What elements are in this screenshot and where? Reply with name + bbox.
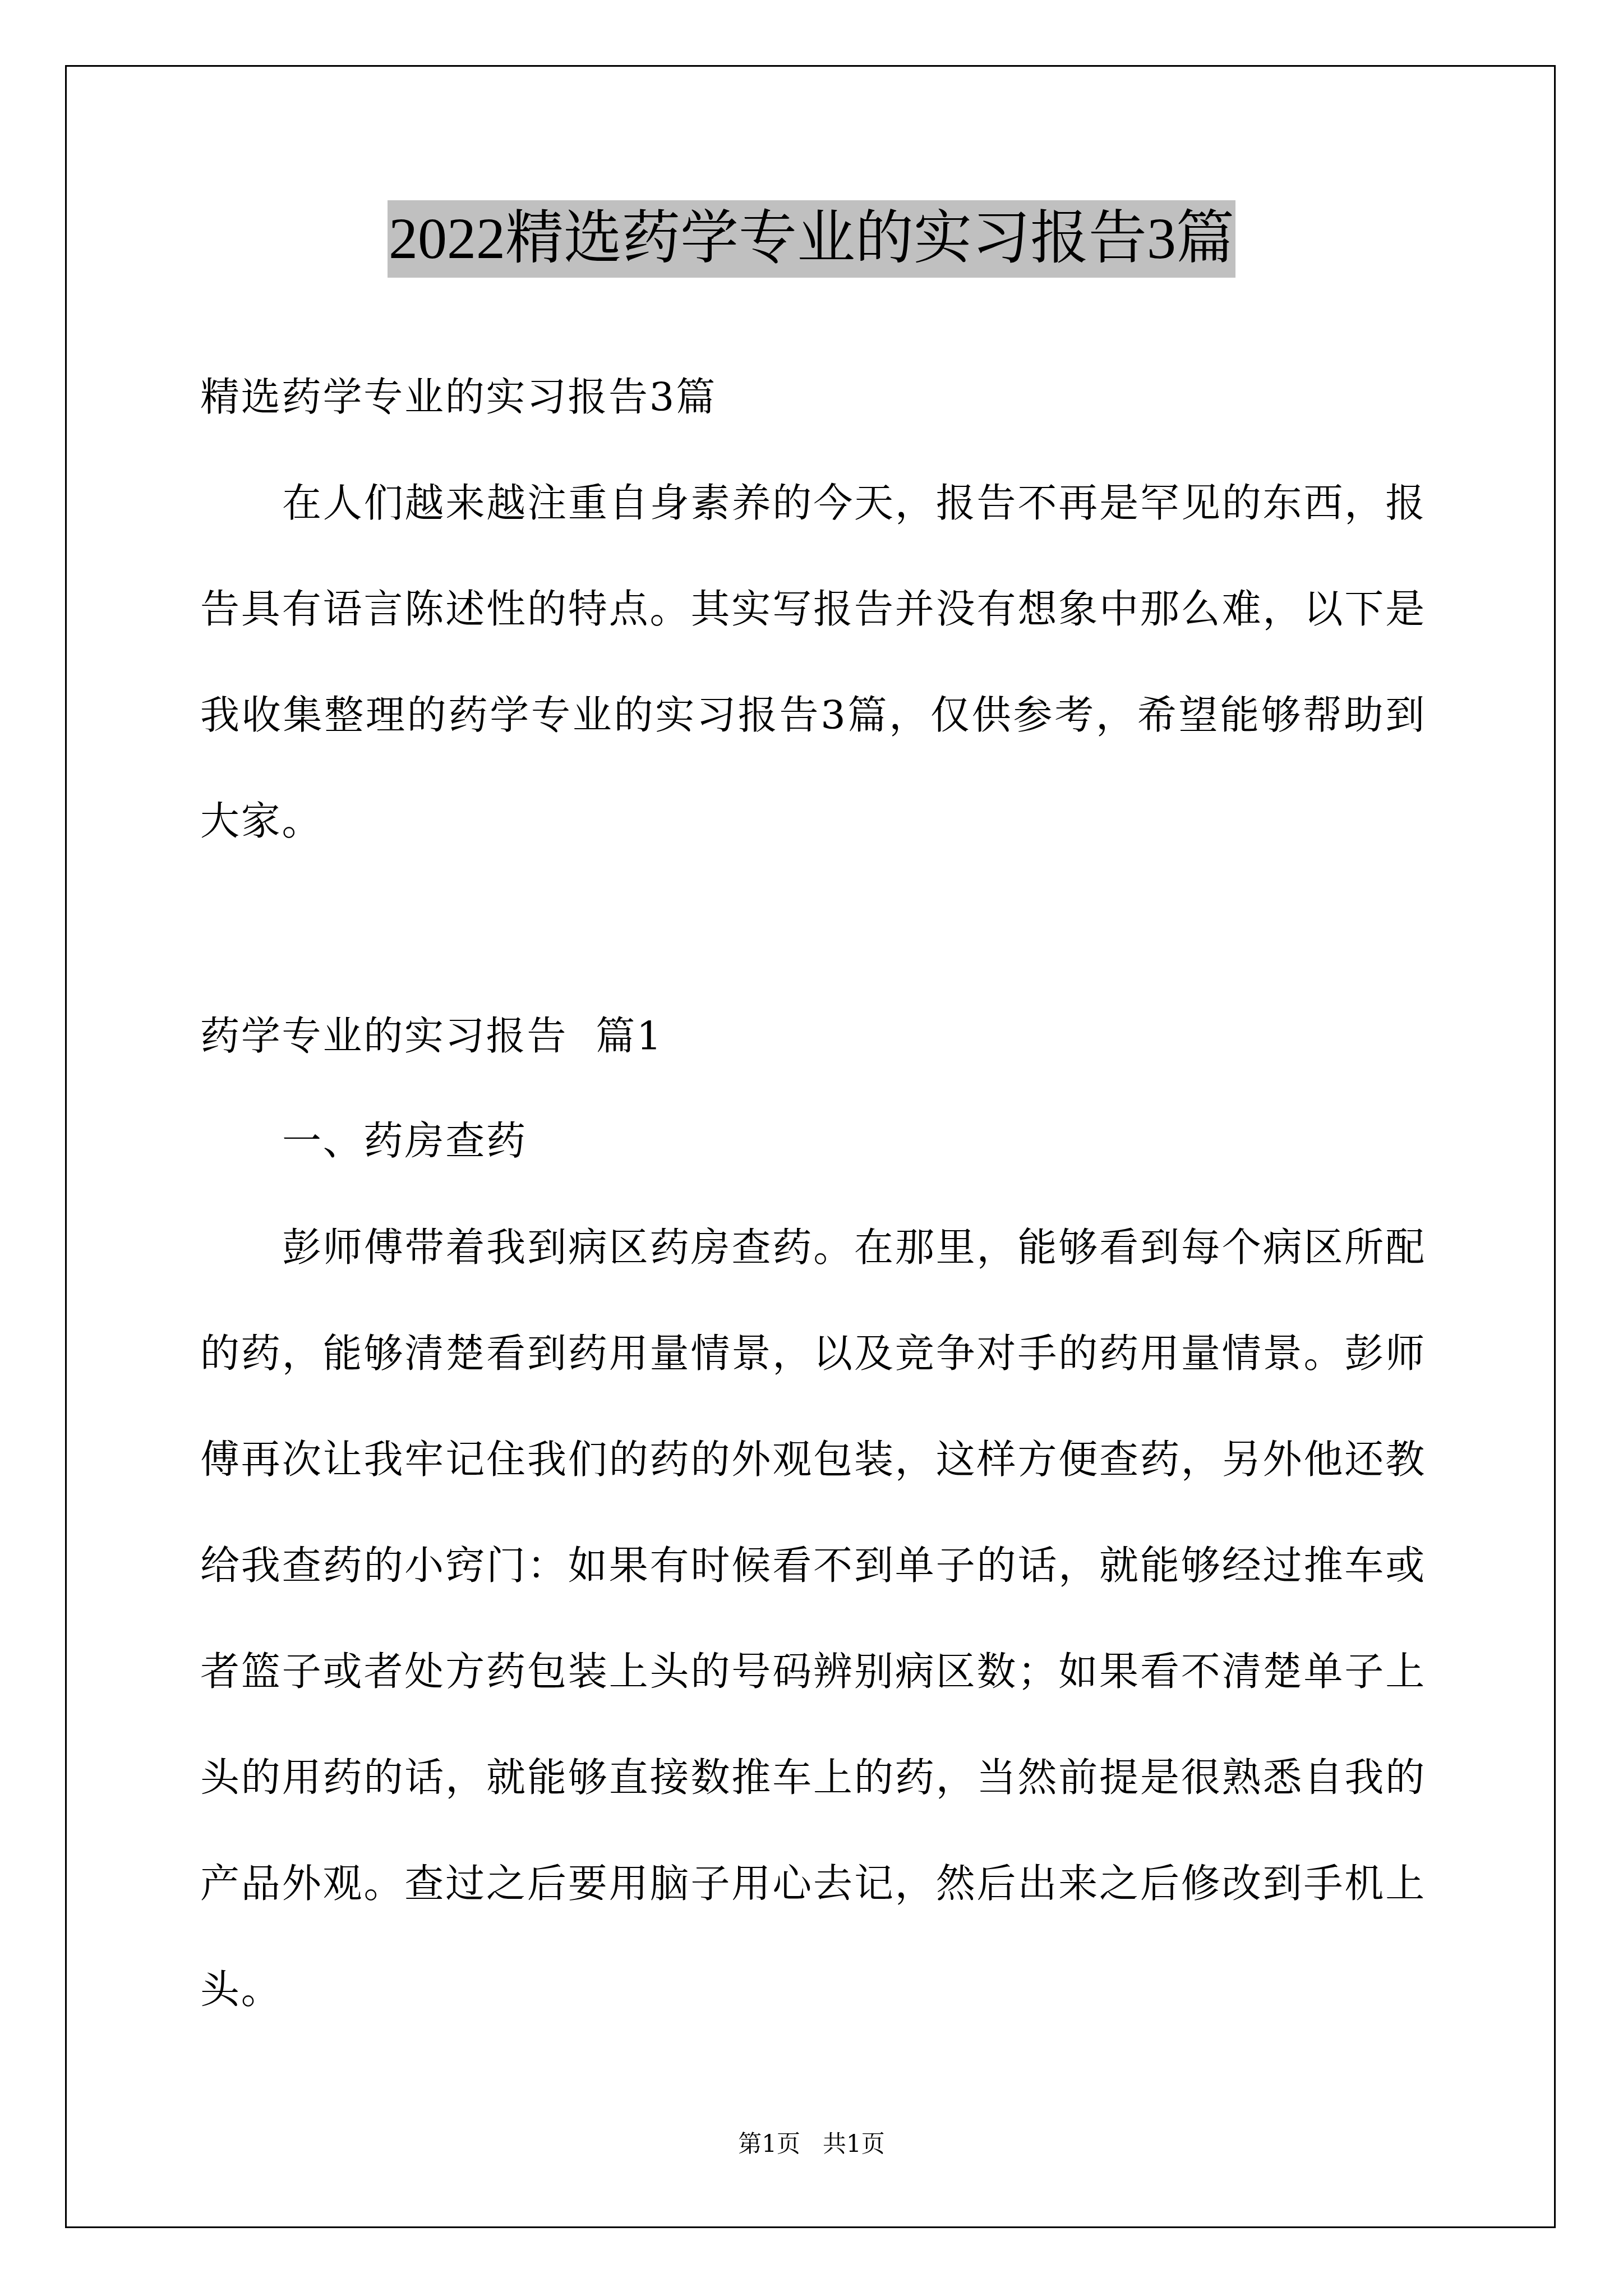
para-line-7: 产品外观。查过之后要用脑子用心去记，然后出来之后修改到手机上 bbox=[200, 1831, 1426, 1937]
para-line-3: 傅再次让我牢记住我们的药的外观包装，这样方便查药，另外他还教 bbox=[200, 1407, 1426, 1513]
title-container: 2022精选药学专业的实习报告3篇 bbox=[0, 200, 1623, 278]
para-line-1: 彭师傅带着我到病区药房查药。在那里，能够看到每个病区所配 bbox=[200, 1195, 1426, 1301]
para-line-5: 者篮子或者处方药包装上头的号码辨别病区数；如果看不清楚单子上 bbox=[200, 1619, 1426, 1725]
intro-line-4: 大家。 bbox=[200, 769, 1426, 875]
para-line-4: 给我查药的小窍门：如果有时候看不到单子的话，就能够经过推车或 bbox=[200, 1513, 1426, 1619]
intro-line-1: 在人们越来越注重自身素养的今天，报告不再是罕见的东西，报 bbox=[200, 450, 1426, 556]
intro-paragraph: 在人们越来越注重自身素养的今天，报告不再是罕见的东西，报 告具有语言陈述性的特点… bbox=[200, 450, 1426, 875]
section-paragraph: 彭师傅带着我到病区药房查药。在那里，能够看到每个病区所配 的药，能够清楚看到药用… bbox=[200, 1195, 1426, 2043]
section-heading: 药学专业的实习报告 篇1 bbox=[200, 983, 1426, 1089]
para-line-2: 的药，能够清楚看到药用量情景，以及竞争对手的药用量情景。彭师 bbox=[200, 1301, 1426, 1407]
para-line-8: 头。 bbox=[200, 1937, 1426, 2043]
para-line-6: 头的用药的话，就能够直接数推车上的药，当然前提是很熟悉自我的 bbox=[200, 1725, 1426, 1831]
document-subtitle: 精选药学专业的实习报告3篇 bbox=[200, 344, 1426, 450]
intro-line-2: 告具有语言陈述性的特点。其实写报告并没有想象中那么难，以下是 bbox=[200, 556, 1426, 662]
document-title: 2022精选药学专业的实习报告3篇 bbox=[388, 200, 1235, 278]
page-footer: 第1页 共1页 bbox=[0, 2129, 1623, 2159]
intro-line-3: 我收集整理的药学专业的实习报告3篇，仅供参考，希望能够帮助到 bbox=[200, 662, 1426, 769]
item-heading: 一、药房查药 bbox=[200, 1088, 1508, 1194]
